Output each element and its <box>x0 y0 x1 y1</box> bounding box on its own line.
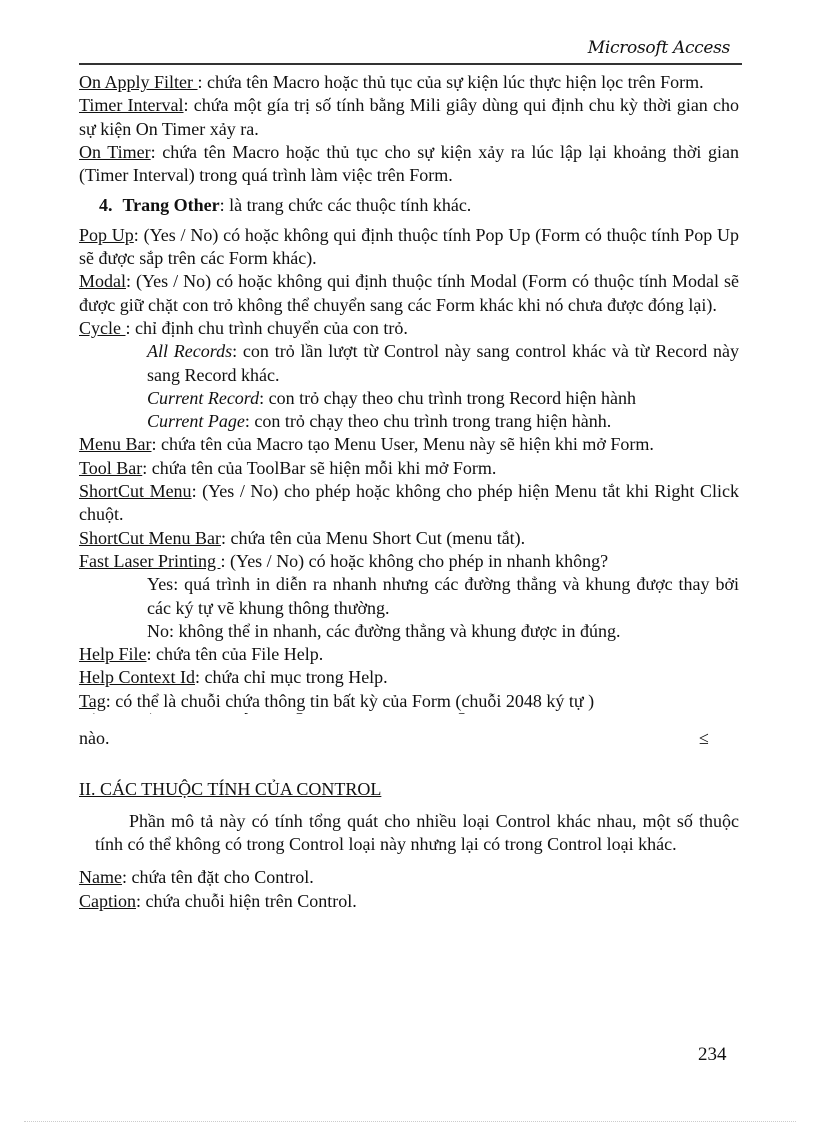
property-item: Modal: (Yes / No) có hoặc không qui định… <box>79 270 739 317</box>
property-term: Tag <box>79 691 106 711</box>
property-desc: : chứa tên Macro hoặc thủ tục của sự kiệ… <box>198 72 704 92</box>
header-title: Microsoft Access <box>588 38 730 58</box>
property-item: Pop Up: (Yes / No) có hoặc không qui địn… <box>79 224 739 271</box>
printing-option: Yes: quá trình in diễn ra nhanh nhưng cá… <box>79 573 739 620</box>
leq-symbol: ≤ <box>699 727 709 750</box>
property-term: Modal <box>79 271 126 291</box>
property-term: ShortCut Menu Bar <box>79 528 221 548</box>
cycle-option: Current Page: con trỏ chạy theo chu trìn… <box>79 410 739 433</box>
property-desc: : chỉ định chu trình chuyển của con trỏ. <box>126 318 408 338</box>
property-item: On Timer: chứa tên Macro hoặc thủ tục ch… <box>79 141 739 188</box>
property-item: ShortCut Menu Bar: chứa tên của Menu Sho… <box>79 527 739 550</box>
property-desc: : (Yes/No) Form có hay không chứa Module… <box>79 713 506 716</box>
property-desc: : chứa tên của Menu Short Cut (menu tắt)… <box>221 528 525 548</box>
section-heading-control: II. CÁC THUỘC TÍNH CỦA CONTROL <box>79 778 739 801</box>
property-term: Help Context Id <box>79 667 195 687</box>
page-bottom-divider <box>24 1121 796 1122</box>
option-term: Current Page <box>147 411 245 431</box>
property-item: Help Context Id: chứa chỉ mục trong Help… <box>79 666 739 689</box>
page-number: 234 <box>698 1044 727 1066</box>
property-term: Caption <box>79 891 136 911</box>
cycle-option: Current Record: con trỏ chạy theo chu tr… <box>79 387 739 410</box>
has-module-tail: nào.≤ <box>79 727 739 750</box>
property-term: On Apply Filter <box>79 72 198 92</box>
property-item: Menu Bar: chứa tên của Macro tạo Menu Us… <box>79 433 739 456</box>
property-item: Tag: có thể là chuỗi chứa thông tin bất … <box>79 690 739 713</box>
property-item: ShortCut Menu: (Yes / No) cho phép hoặc … <box>79 480 739 527</box>
property-desc: : chứa tên của ToolBar sẽ hiện mỗi khi m… <box>142 458 496 478</box>
property-term: Pop Up <box>79 225 134 245</box>
property-item: Name: chứa tên đặt cho Control. <box>79 866 739 889</box>
property-desc: : chứa tên của Macro tạo Menu User, Menu… <box>151 434 653 454</box>
option-desc: : con trỏ chạy theo chu trình trong Reco… <box>259 388 636 408</box>
property-term: ShortCut Menu <box>79 481 192 501</box>
property-desc: : chứa tên đặt cho Control. <box>122 867 314 887</box>
property-item: Timer Interval: chứa một gía trị số tính… <box>79 94 739 141</box>
property-term: Tool Bar <box>79 458 142 478</box>
page-header: Microsoft Access <box>79 36 742 65</box>
property-desc: : chứa chỉ mục trong Help. <box>195 667 388 687</box>
property-term: Timer Interval <box>79 95 184 115</box>
property-desc: : (Yes / No) có hoặc không qui định thuộ… <box>79 225 739 268</box>
section-intro: Phần mô tả này có tính tổng quát cho nhi… <box>79 810 739 857</box>
cycle-option: All Records: con trỏ lần lượt từ Control… <box>79 340 739 387</box>
section-heading-other: 4.Trang Other: là trang chức các thuộc t… <box>99 194 739 217</box>
section-number: 4. <box>99 195 113 215</box>
has-module-clipped-line: Has Module: (Yes/No) Form có hay không c… <box>79 713 739 727</box>
option-term: All Records <box>147 341 232 361</box>
property-term: Fast Laser Printing <box>79 551 221 571</box>
property-term: Cycle <box>79 318 126 338</box>
page-content: On Apply Filter : chứa tên Macro hoặc th… <box>79 71 739 913</box>
property-desc: : (Yes / No) có hoặc không cho phép in n… <box>221 551 609 571</box>
property-item: Tool Bar: chứa tên của ToolBar sẽ hiện m… <box>79 457 739 480</box>
property-item: Help File: chứa tên của File Help. <box>79 643 739 666</box>
tail-text: nào. <box>79 728 110 748</box>
property-term: Menu Bar <box>79 434 151 454</box>
option-desc: : con trỏ lần lượt từ Control này sang c… <box>147 341 739 384</box>
property-item: Fast Laser Printing : (Yes / No) có hoặc… <box>79 550 739 573</box>
section-desc: : là trang chức các thuộc tính khác. <box>220 195 472 215</box>
property-item: Cycle : chỉ định chu trình chuyển của co… <box>79 317 739 340</box>
property-item: Caption: chứa chuỗi hiện trên Control. <box>79 890 739 913</box>
option-desc: : con trỏ chạy theo chu trình trong tran… <box>245 411 611 431</box>
section-label: Trang Other <box>123 195 220 215</box>
printing-option: No: không thể in nhanh, các đường thẳng … <box>79 620 739 643</box>
property-desc: : chứa chuỗi hiện trên Control. <box>136 891 357 911</box>
property-desc: : chứa tên của File Help. <box>147 644 324 664</box>
property-item: On Apply Filter : chứa tên Macro hoặc th… <box>79 71 739 94</box>
property-desc: : có thể là chuỗi chứa thông tin bất kỳ … <box>106 691 594 711</box>
property-term: Help File <box>79 644 147 664</box>
property-desc: : chứa tên Macro hoặc thủ tục cho sự kiệ… <box>79 142 739 185</box>
property-desc: : (Yes / No) có hoặc không qui định thuộ… <box>79 271 739 314</box>
option-term: Current Record <box>147 388 259 408</box>
property-term: On Timer <box>79 142 151 162</box>
property-term: Name <box>79 867 122 887</box>
